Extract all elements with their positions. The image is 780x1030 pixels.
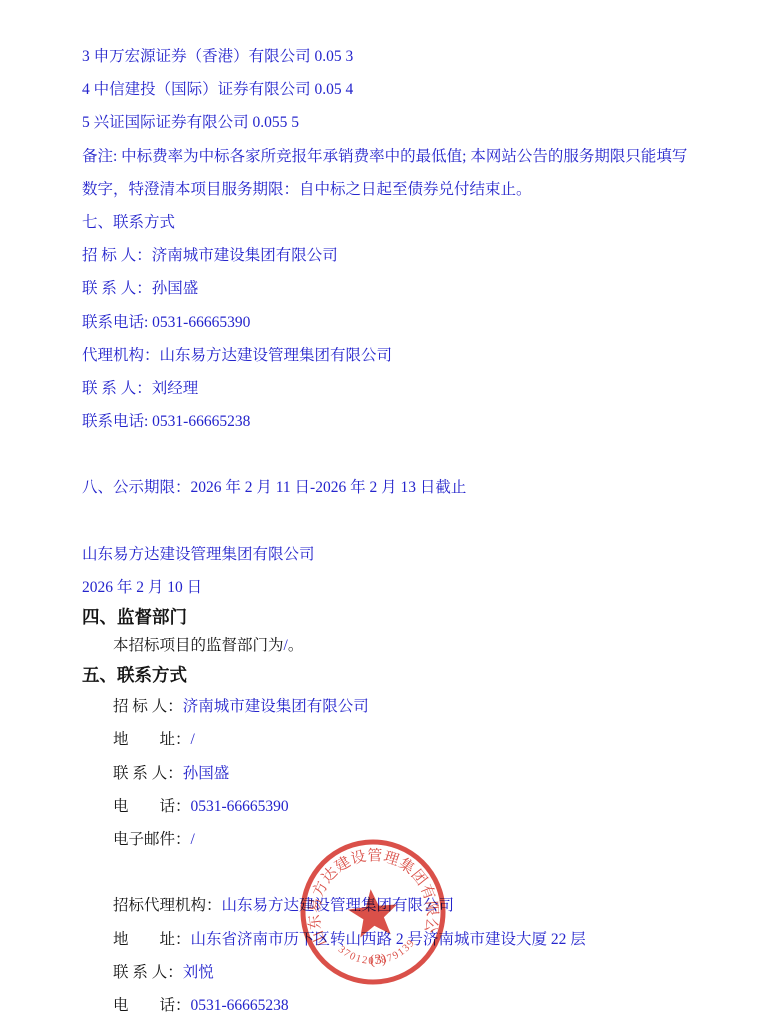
contact-line-person: 联 系 人：刘经理 [0,372,780,405]
contact-row-email: 电子邮件：/ [0,823,780,856]
field-label: 联 系 人： [113,964,183,981]
note-line: 数字，特澄清本项目服务期限：自中标之日起至债券兑付结束止。 [0,173,780,206]
tender-announcement-page: 3 申万宏源证券（香港）有限公司 0.05 3 4 中信建投（国际）证券有限公司… [0,0,780,1030]
field-value: 孙国盛 [183,765,230,782]
agency-row-phone: 电 话：0531-66665238 [0,989,780,1022]
field-label: 联 系 人： [113,765,183,782]
contact-row-tenderer: 招 标 人：济南城市建设集团有限公司 [0,690,780,723]
field-label: 电 话： [113,798,191,815]
contact-row-address: 地 址：/ [0,723,780,756]
field-value: / [191,831,195,848]
contact-row-person: 联 系 人：孙国盛 [0,757,780,790]
agency-row-person: 联 系 人：刘悦 [0,956,780,989]
contact-line-phone: 联系电话: 0531-66665238 [0,405,780,438]
supervision-text: 本招标项目的监督部门为 [113,637,284,654]
spacer [0,438,780,471]
contact-line-tenderer: 招 标 人：济南城市建设集团有限公司 [0,239,780,272]
field-value: 山东易方达建设管理集团有限公司 [222,897,455,914]
section-heading-contact-seven: 七、联系方式 [0,206,780,239]
field-label: 地 址： [113,931,191,948]
field-label: 地 址： [113,731,191,748]
field-value: 0531-66665390 [191,798,289,815]
supervision-period: 。 [288,637,304,654]
section-heading-contact-five: 五、联系方式 [0,660,780,690]
field-value: 0531-66665238 [191,997,289,1014]
field-value: / [191,731,195,748]
bid-result-line: 3 申万宏源证券（香港）有限公司 0.05 3 [0,40,780,73]
spacer [0,856,780,889]
bid-result-line: 4 中信建投（国际）证券有限公司 0.05 4 [0,73,780,106]
field-label: 招 标 人： [113,698,183,715]
contact-line-person: 联 系 人：孙国盛 [0,272,780,305]
field-label: 电子邮件： [113,831,191,848]
spacer [0,505,780,538]
contact-line-agency: 代理机构：山东易方达建设管理集团有限公司 [0,339,780,372]
note-line: 备注: 中标费率为中标各家所竞报年承销费率中的最低值; 本网站公告的服务期限只能… [0,140,780,173]
field-label: 电 话： [113,997,191,1014]
field-value: 济南城市建设集团有限公司 [183,698,369,715]
publicity-period-line: 八、公示期限：2026 年 2 月 11 日-2026 年 2 月 13 日截止 [0,471,780,504]
field-value: 刘悦 [183,964,214,981]
contact-row-phone: 电 话：0531-66665390 [0,790,780,823]
field-label: 招标代理机构： [113,897,222,914]
field-value: 山东省济南市历下区转山西路 2 号济南城市建设大厦 22 层 [191,931,586,948]
agency-row-name: 招标代理机构：山东易方达建设管理集团有限公司 [0,889,780,922]
supervision-body-line: 本招标项目的监督部门为/。 [0,632,780,660]
contact-line-phone: 联系电话: 0531-66665390 [0,306,780,339]
section-heading-supervision: 四、监督部门 [0,604,780,632]
signature-company: 山东易方达建设管理集团有限公司 [0,538,780,571]
signature-date: 2026 年 2 月 10 日 [0,571,780,604]
bid-result-line: 5 兴证国际证券有限公司 0.055 5 [0,106,780,139]
agency-row-address: 地 址：山东省济南市历下区转山西路 2 号济南城市建设大厦 22 层 [0,923,780,956]
